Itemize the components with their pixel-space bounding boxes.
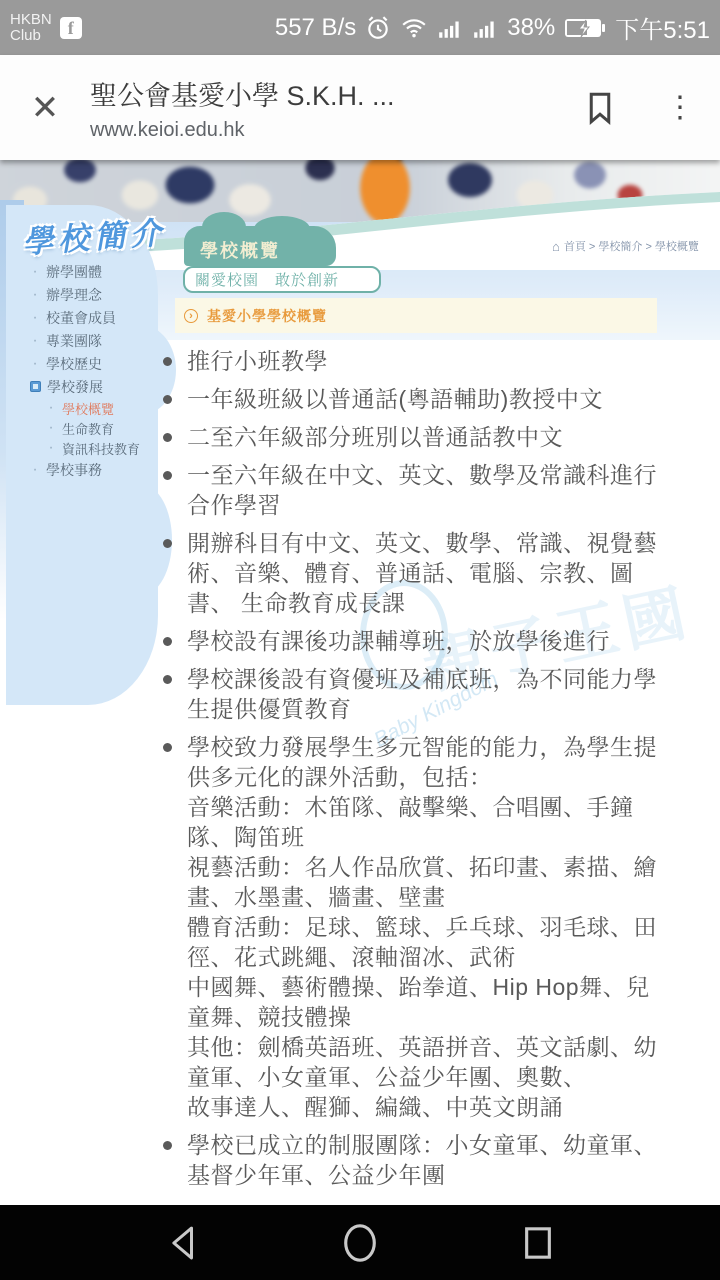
expand-icon [30, 381, 41, 392]
home-icon[interactable] [330, 1213, 390, 1273]
sidebar-item-資訊科技教育[interactable]: ·資訊科技教育 [30, 438, 170, 458]
clock-label: 下午5:51 [615, 10, 710, 45]
bookmark-icon[interactable] [560, 90, 640, 126]
bullet-dot-icon [163, 675, 177, 724]
status-bar: HKBN Club f 557 B/s 38% 下午5:51 [0, 0, 720, 55]
sidebar-item-label: 生命教育 [62, 419, 114, 438]
bullet-item: 開辦科目有中文、英文、數學、常識、視覺藝術、音樂、體育、普通話、電腦、宗教、圖書… [163, 528, 713, 618]
status-indicators: 557 B/s 38% 下午5:51 [275, 10, 710, 45]
bullet-dot-icon: · [30, 286, 40, 304]
bullet-text: 學校致力發展學生多元智能的能力，為學生提供多元化的課外活動，包括：音樂活動：木笛… [187, 732, 713, 1122]
motto-label: 關愛校園 敢於創新 [195, 269, 339, 290]
bullet-item: 學校已成立的制服團隊：小女童軍、幼童軍、基督少年軍、公益少年團 [163, 1130, 713, 1190]
sidebar-item-辦學理念[interactable]: ·辦學理念 [30, 283, 170, 306]
bullet-dot-icon: · [30, 355, 40, 373]
bullet-dot-icon [163, 743, 177, 1122]
home-icon[interactable]: ⌂ [552, 240, 560, 253]
battery-percent-label: 38% [507, 14, 555, 42]
breadcrumb: ⌂ 首頁 > 學校簡介 > 學校概覽 [552, 238, 699, 254]
recents-icon[interactable] [508, 1213, 568, 1273]
bullet-text: 推行小班教學 [187, 346, 713, 376]
sidebar-item-學校發展[interactable]: 學校發展 [30, 375, 170, 398]
bullet-item: 推行小班教學 [163, 346, 713, 376]
phone-screen: HKBN Club f 557 B/s 38% 下午5:51 [0, 0, 720, 1280]
arrow-circle-icon: › [184, 309, 198, 323]
motto-box: 關愛校園 敢於創新 [183, 266, 381, 293]
article-link[interactable]: 基愛小學學校概覽 [207, 306, 327, 326]
sidebar-item-label: 學校歷史 [46, 354, 102, 374]
overflow-menu-icon[interactable]: ⋮ [640, 93, 720, 123]
close-icon[interactable]: ✕ [0, 88, 90, 128]
sidebar-item-校董會成員[interactable]: ·校董會成員 [30, 306, 170, 329]
bullet-dot-icon [163, 1141, 177, 1190]
facebook-icon: f [60, 17, 82, 39]
bullet-dot-icon: · [30, 332, 40, 350]
bullet-dot-icon: · [46, 399, 56, 417]
sidebar-item-學校歷史[interactable]: ·學校歷史 [30, 352, 170, 375]
bullet-text: 一至六年級在中文、英文、數學及常識科進行合作學習 [187, 460, 713, 520]
sidebar-item-label: 資訊科技教育 [62, 439, 140, 458]
bullet-dot-icon [163, 395, 177, 414]
bullet-item: 學校設有課後功課輔導班，於放學後進行 [163, 626, 713, 656]
breadcrumb-label[interactable]: 首頁 > 學校簡介 > 學校概覽 [564, 238, 699, 254]
sidebar-item-學校事務[interactable]: ·學校事務 [30, 458, 170, 481]
bullet-dot-icon: · [46, 439, 56, 457]
bullet-item: 二至六年級部分班別以普通話教中文 [163, 422, 713, 452]
bullet-text: 學校課後設有資優班及補底班，為不同能力學生提供優質教育 [187, 664, 713, 724]
bullet-list: 推行小班教學一年級班級以普通話(粵語輔助)教授中文二至六年級部分班別以普通話教中… [163, 346, 713, 1198]
web-content: 學校簡介 ·辦學團體·辦學理念·校董會成員·專業團隊·學校歷史學校發展·學校概覽… [0, 160, 720, 1205]
android-navbar [0, 1205, 720, 1280]
page-title-block: 聖公會基愛小學 S.K.H. ... www.keioi.edu.hk [90, 74, 560, 142]
page-url[interactable]: www.keioi.edu.hk [90, 119, 560, 142]
bullet-text: 學校設有課後功課輔導班，於放學後進行 [187, 626, 713, 656]
carrier-block: HKBN Club f [10, 12, 82, 44]
bullet-dot-icon [163, 357, 177, 376]
article-bar: › 基愛小學學校概覽 [175, 298, 657, 333]
sidebar-item-學校概覽[interactable]: ·學校概覽 [30, 398, 170, 418]
sidebar-item-label: 辦學團體 [46, 262, 102, 282]
bullet-dot-icon [163, 637, 177, 656]
bullet-dot-icon: · [30, 309, 40, 327]
battery-charging-icon [564, 16, 606, 40]
section-header-cloud: 學校概覽 [184, 226, 336, 266]
sidebar-item-辦學團體[interactable]: ·辦學團體 [30, 260, 170, 283]
sidebar-item-label: 辦學理念 [46, 285, 102, 305]
sidebar-item-生命教育[interactable]: ·生命教育 [30, 418, 170, 438]
sidebar-item-label: 專業團隊 [46, 331, 102, 351]
back-icon[interactable] [152, 1213, 212, 1273]
sidebar-item-專業團隊[interactable]: ·專業團隊 [30, 329, 170, 352]
sidebar-item-label: 學校概覽 [62, 399, 114, 418]
page-title: 聖公會基愛小學 S.K.H. ... [90, 74, 560, 113]
sidebar-item-label: 校董會成員 [46, 308, 116, 328]
bullet-dot-icon [163, 471, 177, 520]
signal2-icon [472, 15, 498, 41]
bullet-dot-icon: · [30, 461, 40, 479]
bullet-dot-icon [163, 433, 177, 452]
wifi-icon [400, 15, 428, 41]
bullet-text: 學校已成立的制服團隊：小女童軍、幼童軍、基督少年軍、公益少年團 [187, 1130, 713, 1190]
section-title: 學校概覽 [200, 237, 280, 263]
sidebar: 學校簡介 ·辦學團體·辦學理念·校董會成員·專業團隊·學校歷史學校發展·學校概覽… [0, 200, 175, 760]
bullet-text: 開辦科目有中文、英文、數學、常識、視覺藝術、音樂、體育、普通話、電腦、宗教、圖書… [187, 528, 713, 618]
bullet-item: 一年級班級以普通話(粵語輔助)教授中文 [163, 384, 713, 414]
sidebar-item-label: 學校事務 [46, 460, 102, 480]
browser-header: ✕ 聖公會基愛小學 S.K.H. ... www.keioi.edu.hk ⋮ [0, 55, 720, 160]
sidebar-item-label: 學校發展 [47, 377, 103, 397]
alarm-icon [365, 15, 391, 41]
net-speed-label: 557 B/s [275, 14, 356, 42]
bullet-item: 學校課後設有資優班及補底班，為不同能力學生提供優質教育 [163, 664, 713, 724]
bullet-dot-icon: · [46, 419, 56, 437]
bullet-dot-icon: · [30, 263, 40, 281]
sidebar-menu: ·辦學團體·辦學理念·校董會成員·專業團隊·學校歷史學校發展·學校概覽·生命教育… [30, 260, 170, 481]
bullet-dot-icon [163, 539, 177, 618]
bullet-text: 一年級班級以普通話(粵語輔助)教授中文 [187, 384, 713, 414]
bullet-item: 一至六年級在中文、英文、數學及常識科進行合作學習 [163, 460, 713, 520]
signal-icon [437, 15, 463, 41]
bullet-item: 學校致力發展學生多元智能的能力，為學生提供多元化的課外活動，包括：音樂活動：木笛… [163, 732, 713, 1122]
bullet-text: 二至六年級部分班別以普通話教中文 [187, 422, 713, 452]
carrier-label: HKBN Club [10, 12, 52, 44]
